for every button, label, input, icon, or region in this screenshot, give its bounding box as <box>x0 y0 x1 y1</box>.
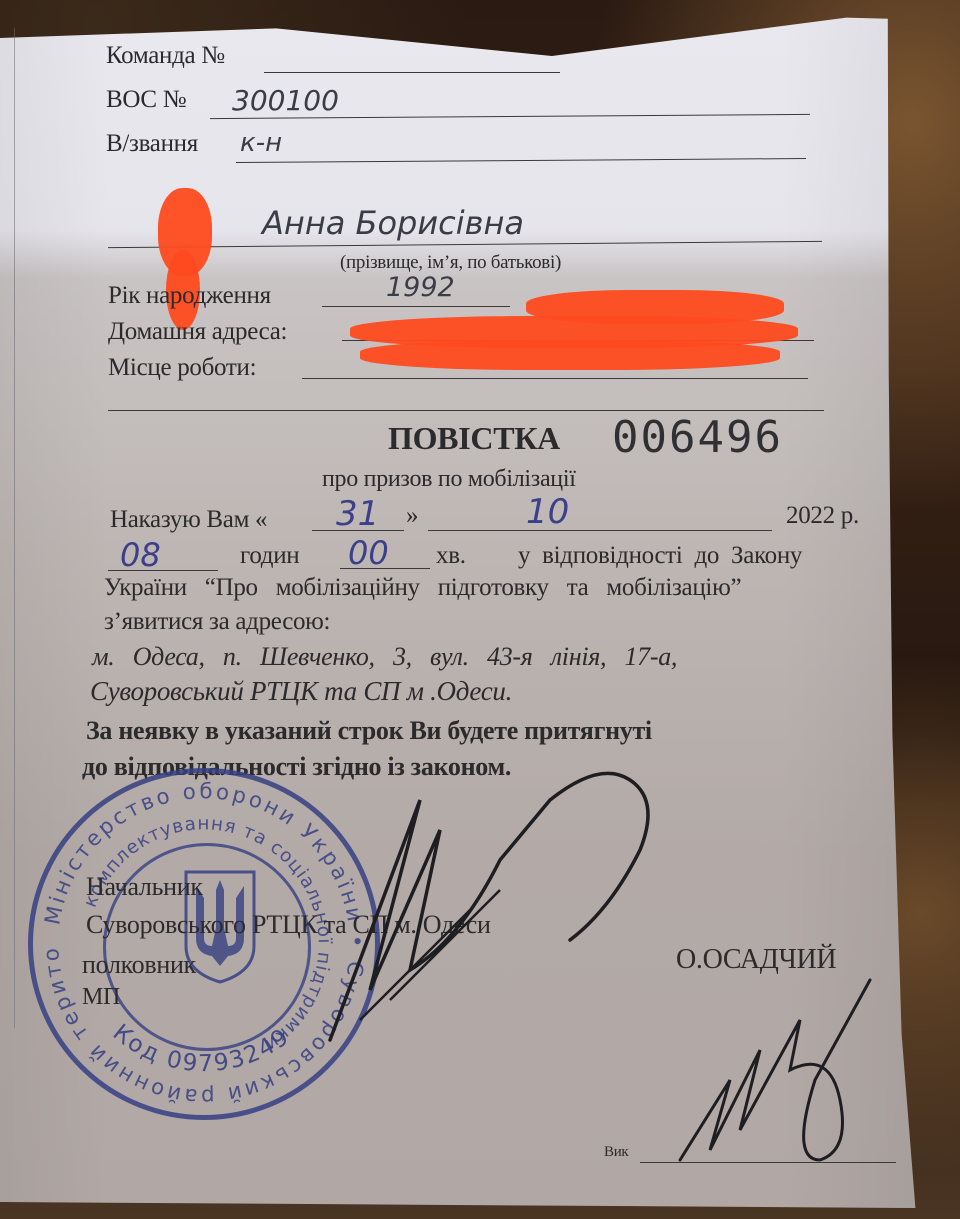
address-line-2: Суворовський РТЦК та СП м .Одеси. <box>90 676 512 707</box>
name-caption: (прізвище, ім’я, по батькові) <box>340 252 561 274</box>
appear-line: з’явитися за адресою: <box>104 608 330 636</box>
redaction-address-3 <box>360 340 780 370</box>
workplace-label: Місце роботи: <box>108 354 256 382</box>
margin-line <box>14 28 15 1028</box>
name-value: Анна Борисівна <box>262 204 524 242</box>
birth-year-value: 1992 <box>386 272 455 303</box>
command-underline <box>264 72 560 73</box>
birth-year-underline <box>322 306 510 307</box>
seal-label: МП <box>82 984 120 1011</box>
serial-number: 006496 <box>612 412 783 463</box>
law-line-1: у відповідності до Закону <box>518 542 802 570</box>
signatory-title-1: Начальник <box>86 872 203 902</box>
day-underline <box>312 530 404 531</box>
rank-value: к-н <box>240 128 282 158</box>
extra-underline <box>108 410 824 411</box>
minute-underline <box>340 568 430 569</box>
quote-close: » <box>406 502 418 530</box>
law-line-2: України “Про мобілізаційну підготовку та… <box>104 574 741 602</box>
voc-label: ВОС № <box>106 86 186 114</box>
signatory-title-2: Суворовського РТЦК та СП м. Одеси <box>86 910 491 940</box>
command-label: Команда № <box>106 42 225 70</box>
rank-label: В/звання <box>106 130 198 158</box>
order-minute: 00 <box>348 534 389 572</box>
workplace-underline <box>302 378 808 379</box>
document-subtitle: про призов по мобілізації <box>322 466 576 493</box>
receipt-label: Вик <box>604 1144 628 1161</box>
warning-line-1: За неявку в указаний строк Ви будете при… <box>86 716 652 746</box>
month-underline <box>428 530 772 531</box>
order-day: 31 <box>336 494 379 534</box>
order-month: 10 <box>526 492 569 532</box>
birth-year-label: Рік народження <box>108 282 271 310</box>
home-address-label: Домашня адреса: <box>108 318 287 346</box>
signatory-rank: полковник <box>82 950 196 980</box>
voc-value: 300100 <box>232 84 339 117</box>
receipt-underline <box>640 1162 896 1163</box>
order-year: 2022 р. <box>786 502 859 530</box>
minutes-label: хв. <box>436 542 466 570</box>
hours-label: годин <box>240 542 299 570</box>
hour-underline <box>108 570 218 571</box>
order-prefix: Наказую Вам « <box>110 506 267 534</box>
signatory-name: О.ОСАДЧИЙ <box>676 944 836 976</box>
document-title: ПОВІСТКА <box>388 420 560 457</box>
address-line-1: м. Одеса, п. Шевченко, 3, вул. 43-я ліні… <box>92 642 677 672</box>
order-hour: 08 <box>120 536 161 574</box>
